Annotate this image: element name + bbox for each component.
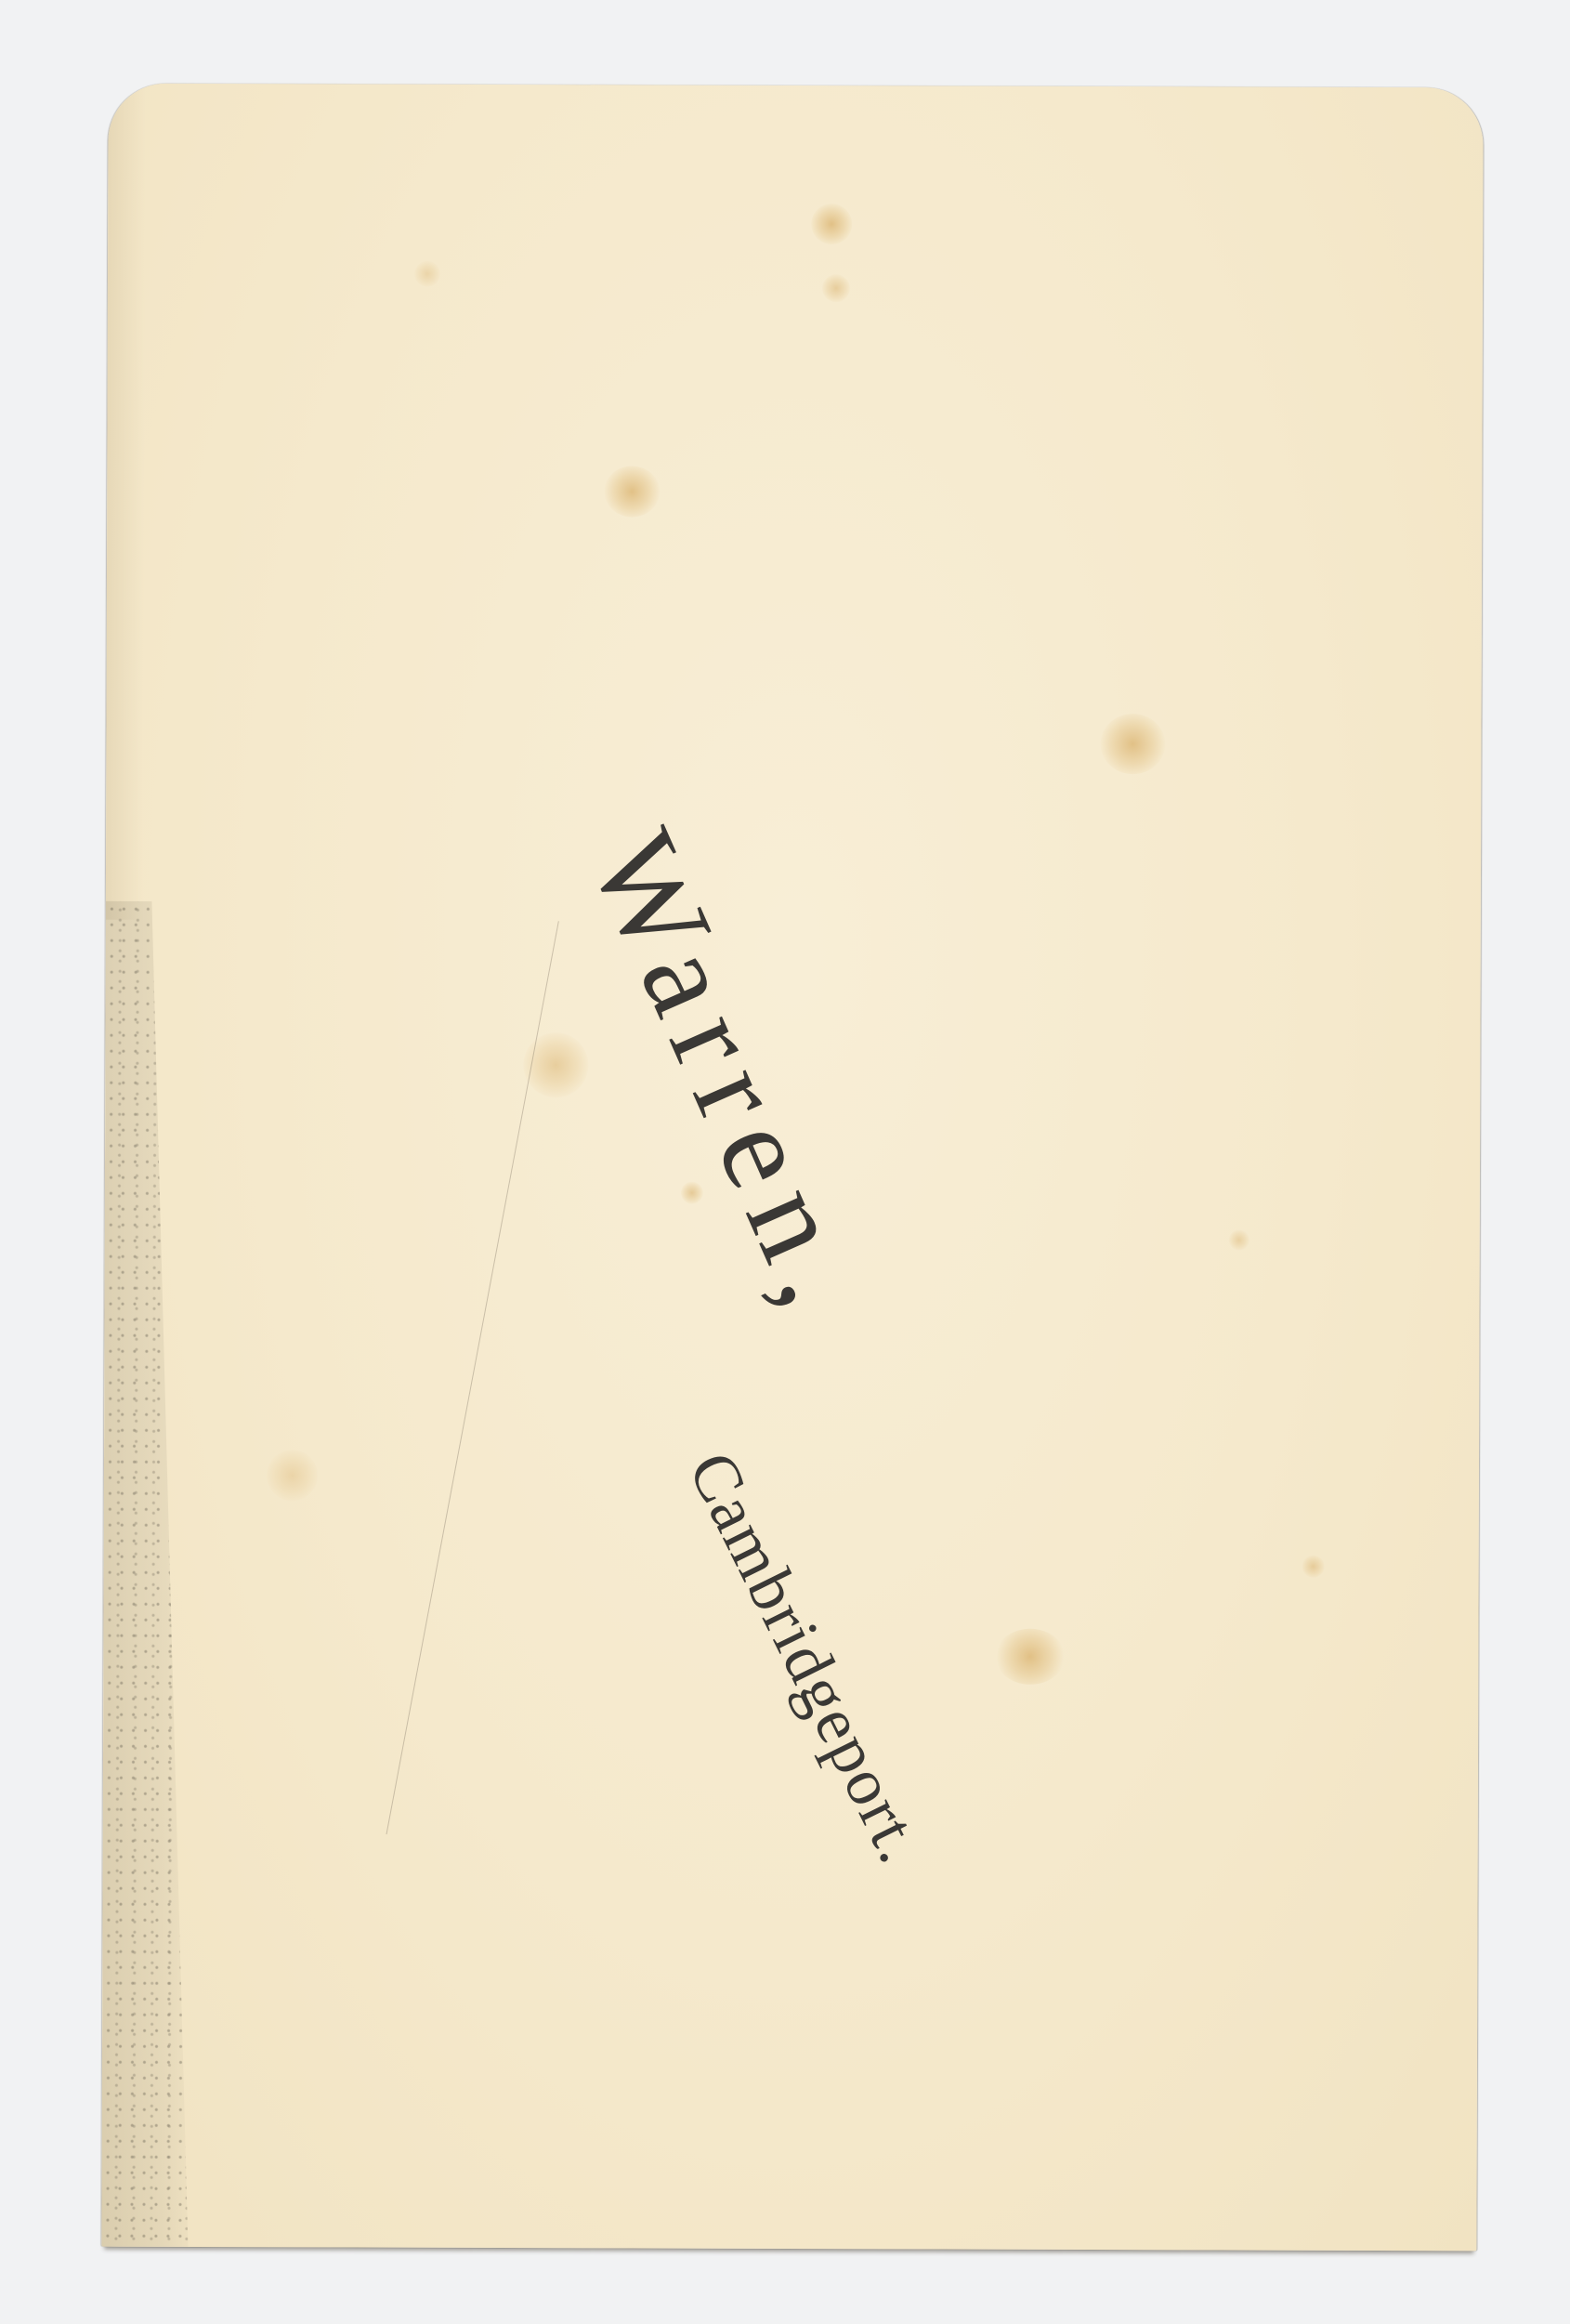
foxing-spot [523,1032,588,1097]
photo-card-back: Warren, Cambridgeport. [101,84,1483,2252]
foxing-spot [267,1450,318,1501]
edge-discoloration-band [101,901,208,2252]
foxing-spot [414,261,440,287]
photographer-location: Cambridgeport. [673,1440,940,1876]
foxing-spot [1229,1229,1249,1250]
foxing-spot [822,274,850,302]
foxing-spot [995,1629,1065,1685]
edge-discoloration-top [106,84,146,920]
foxing-spot [604,466,660,517]
foxing-spot [811,204,852,244]
scratch-line [386,921,559,1834]
foxing-spot [1302,1556,1325,1578]
photographer-name: Warren, [560,811,899,1340]
foxing-spot [1100,714,1165,774]
